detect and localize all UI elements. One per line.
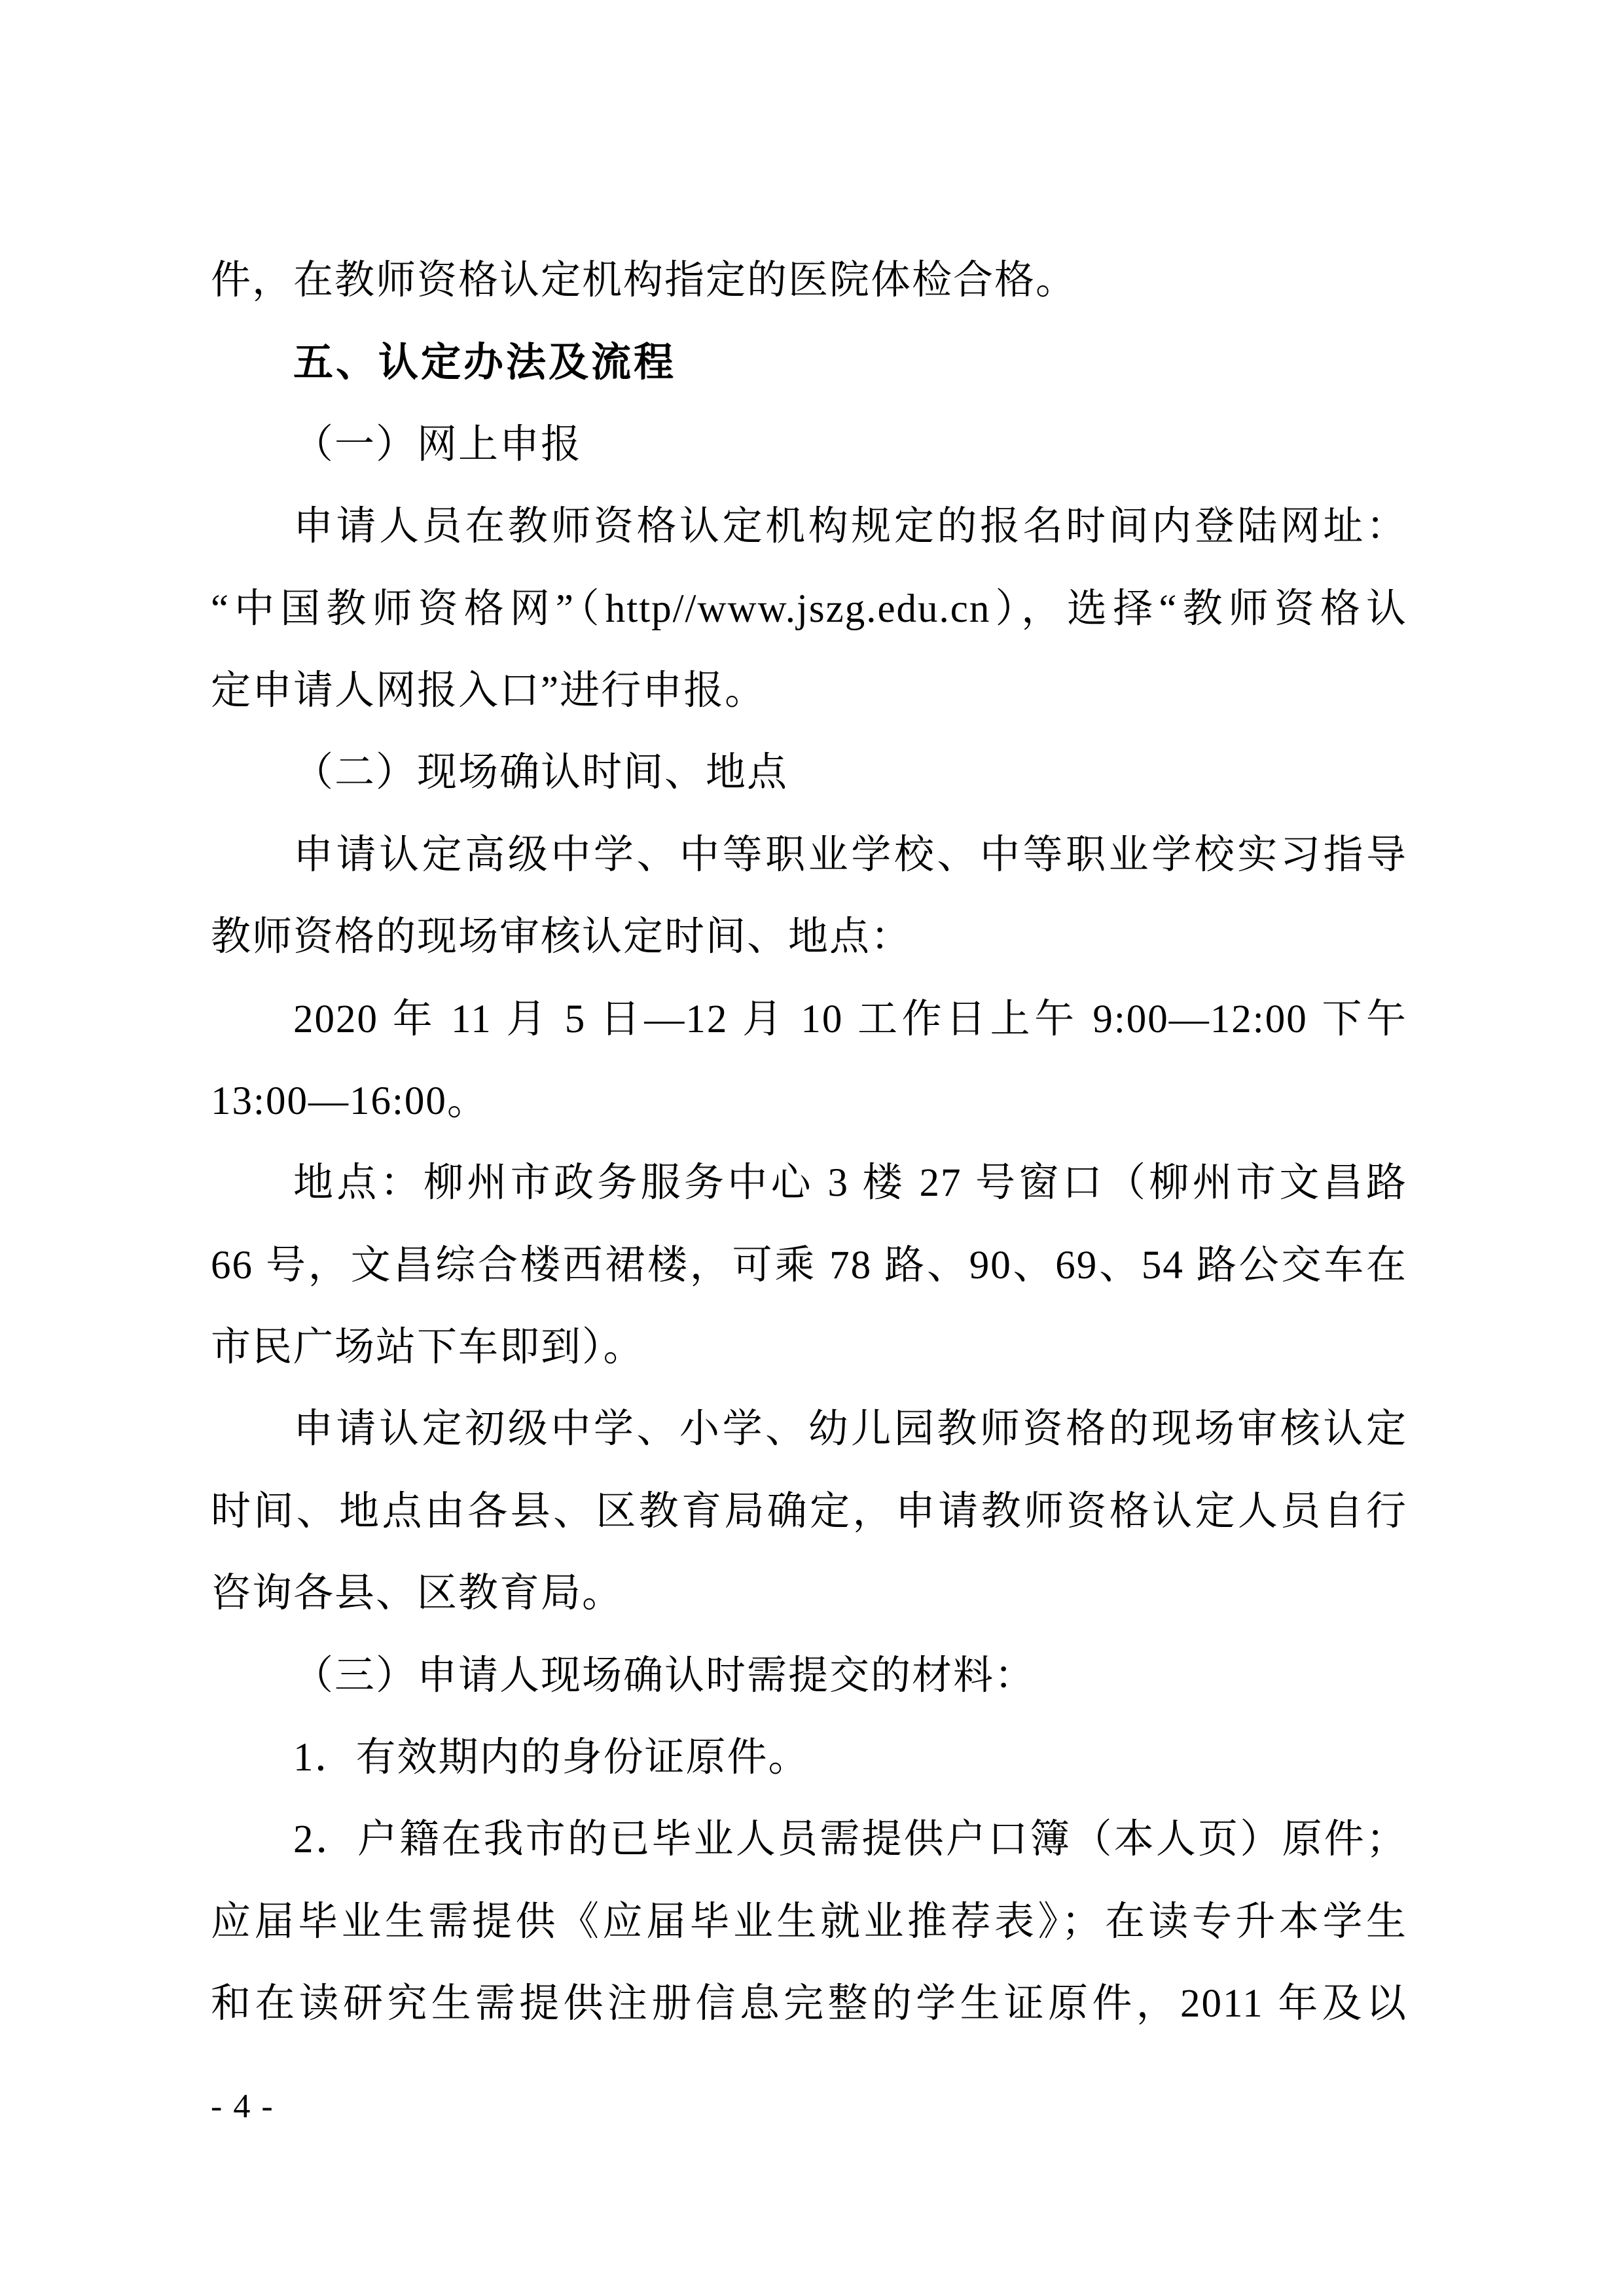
section-heading: 五、认定办法及流程 [211, 321, 1407, 403]
body-line: 2020 年 11 月 5 日—12 月 10 工作日上午 9:00—12:00… [211, 978, 1407, 1060]
subsection-1-heading: （一）网上申报 [211, 404, 1407, 486]
list-item-2-line: 2．户籍在我市的已毕业人员需提供户口簿（本人页）原件； [211, 1799, 1407, 1880]
body-line: 定申请人网报入口”进行申报。 [211, 650, 1407, 732]
body-line: “中国教师资格网”（http//www.jszg.edu.cn），选择“教师资格… [211, 568, 1407, 650]
body-line: 13:00—16:00。 [211, 1060, 1407, 1142]
body-line: 时间、地点由各县、区教育局确定，申请教师资格认定人员自行 [211, 1471, 1407, 1552]
body-line: 市民广场站下车即到）。 [211, 1306, 1407, 1388]
body-line: 申请认定高级中学、中等职业学校、中等职业学校实习指导 [211, 814, 1407, 896]
page-number: - 4 - [211, 2090, 274, 2124]
body-line: 66 号，文昌综合楼西裙楼，可乘 78 路、90、69、54 路公交车在 [211, 1225, 1407, 1306]
body-line: 教师资格的现场审核认定时间、地点： [211, 896, 1407, 978]
subsection-3-heading: （三）申请人现场确认时需提交的材料： [211, 1635, 1407, 1717]
document-page: 件，在教师资格认定机构指定的医院体检合格。 五、认定办法及流程 （一）网上申报 … [0, 0, 1624, 2296]
body-line: 件，在教师资格认定机构指定的医院体检合格。 [211, 240, 1407, 321]
list-item-1: 1．有效期内的身份证原件。 [211, 1717, 1407, 1799]
subsection-2-heading: （二）现场确认时间、地点 [211, 732, 1407, 814]
document-body: 件，在教师资格认定机构指定的医院体检合格。 五、认定办法及流程 （一）网上申报 … [211, 240, 1407, 2045]
body-line: 地点：柳州市政务服务中心 3 楼 27 号窗口（柳州市文昌路 [211, 1142, 1407, 1224]
list-item-2-line: 和在读研究生需提供注册信息完整的学生证原件，2011 年及以 [211, 1963, 1407, 2045]
body-line: 申请人员在教师资格认定机构规定的报名时间内登陆网址： [211, 486, 1407, 567]
body-line: 咨询各县、区教育局。 [211, 1552, 1407, 1634]
body-line: 申请认定初级中学、小学、幼儿园教师资格的现场审核认定 [211, 1388, 1407, 1470]
list-item-2-line: 应届毕业生需提供《应届毕业生就业推荐表》；在读专升本学生 [211, 1881, 1407, 1963]
